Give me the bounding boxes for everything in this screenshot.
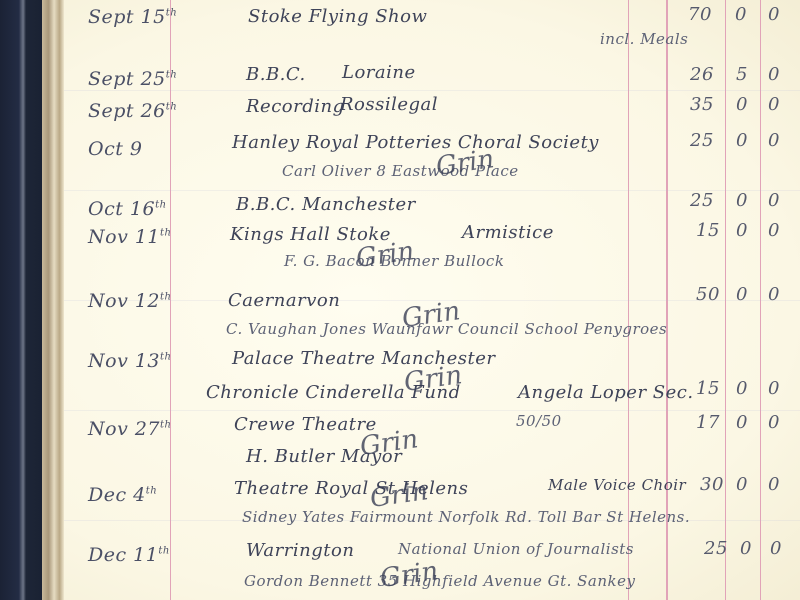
amount-pence: 0 <box>768 94 780 115</box>
entry-date: Oct 16th <box>88 198 167 220</box>
amount-pounds: 35 <box>690 94 714 115</box>
amount-pence: 0 <box>768 220 780 241</box>
entry-contact: Gordon Bennett 35 Highfield Avenue Gt. S… <box>244 572 635 590</box>
ruled-line <box>64 90 800 91</box>
entry-venue: B.B.C. Manchester <box>236 194 416 215</box>
entry-venue: Warrington <box>246 540 354 561</box>
entry-venue-extra: 50/50 <box>516 412 562 430</box>
entry-signature: Loraine <box>342 62 416 83</box>
entry-venue: Stoke Flying Show <box>248 6 427 27</box>
amount-pence: 0 <box>768 284 780 305</box>
amount-pence: 0 <box>768 190 780 211</box>
entry-date: Sept 26th <box>88 100 177 122</box>
entry-note: incl. Meals <box>600 30 688 48</box>
amount-pence: 0 <box>768 412 780 433</box>
amount-pence: 0 <box>768 474 780 495</box>
amount-pounds: 30 <box>700 474 724 495</box>
entry-venue: Theatre Royal St Helens <box>234 478 468 499</box>
amount-pounds: 25 <box>704 538 728 559</box>
amount-shillings: 0 <box>736 284 748 305</box>
amount-pence: 0 <box>768 4 780 25</box>
entry-venue: Hanley Royal Potteries Choral Society <box>232 132 599 153</box>
entry-date: Nov 13th <box>88 350 171 372</box>
entry-contact: Sidney Yates Fairmount Norfolk Rd. Toll … <box>242 508 690 526</box>
entry-date: Sept 15th <box>88 6 177 28</box>
amount-pounds: 70 <box>688 4 712 25</box>
entry-venue-extra: Male Voice Choir <box>548 476 686 494</box>
entry-date: Sept 25th <box>88 68 177 90</box>
page-edges <box>42 0 64 600</box>
entry-venue: Caernarvon <box>228 290 340 311</box>
amount-pence: 0 <box>768 378 780 399</box>
amount-shillings: 0 <box>736 94 748 115</box>
entry-date: Oct 9 <box>88 138 142 160</box>
book-binding <box>0 0 42 600</box>
amount-pounds: 17 <box>696 412 720 433</box>
amount-shillings: 0 <box>736 130 748 151</box>
amount-pounds: 50 <box>696 284 720 305</box>
amount-pence: 0 <box>768 130 780 151</box>
amount-shillings: 0 <box>735 4 747 25</box>
amount-pounds: 25 <box>690 190 714 211</box>
entry-venue-extra: Armistice <box>462 222 554 243</box>
amount-shillings: 0 <box>740 538 752 559</box>
entry-venue: Crewe Theatre <box>234 414 377 435</box>
amount-pence: 0 <box>770 538 782 559</box>
entry-date: Nov 27th <box>88 418 171 440</box>
entry-contact-extra: Angela Loper Sec. <box>518 382 694 403</box>
entry-date: Nov 12th <box>88 290 171 312</box>
entry-date: Dec 4th <box>88 484 157 506</box>
amount-pounds: 25 <box>690 130 714 151</box>
entry-date: Dec 11th <box>88 544 170 566</box>
entry-venue-extra: National Union of Journalists <box>398 540 634 558</box>
amount-shillings: 0 <box>736 474 748 495</box>
amount-pounds: 26 <box>690 64 714 85</box>
ruled-line <box>64 410 800 411</box>
entry-venue: B.B.C. <box>246 64 306 85</box>
entry-venue: Recording <box>246 96 345 117</box>
entry-date: Nov 11th <box>88 226 171 248</box>
entry-signature: Rossilegal <box>340 94 438 115</box>
amount-shillings: 0 <box>736 378 748 399</box>
amount-pence: 0 <box>768 64 780 85</box>
amount-pounds: 15 <box>696 378 720 399</box>
amount-shillings: 0 <box>736 220 748 241</box>
amount-pounds: 15 <box>696 220 720 241</box>
amount-shillings: 0 <box>736 190 748 211</box>
amount-shillings: 0 <box>736 412 748 433</box>
amount-shillings: 5 <box>736 64 748 85</box>
